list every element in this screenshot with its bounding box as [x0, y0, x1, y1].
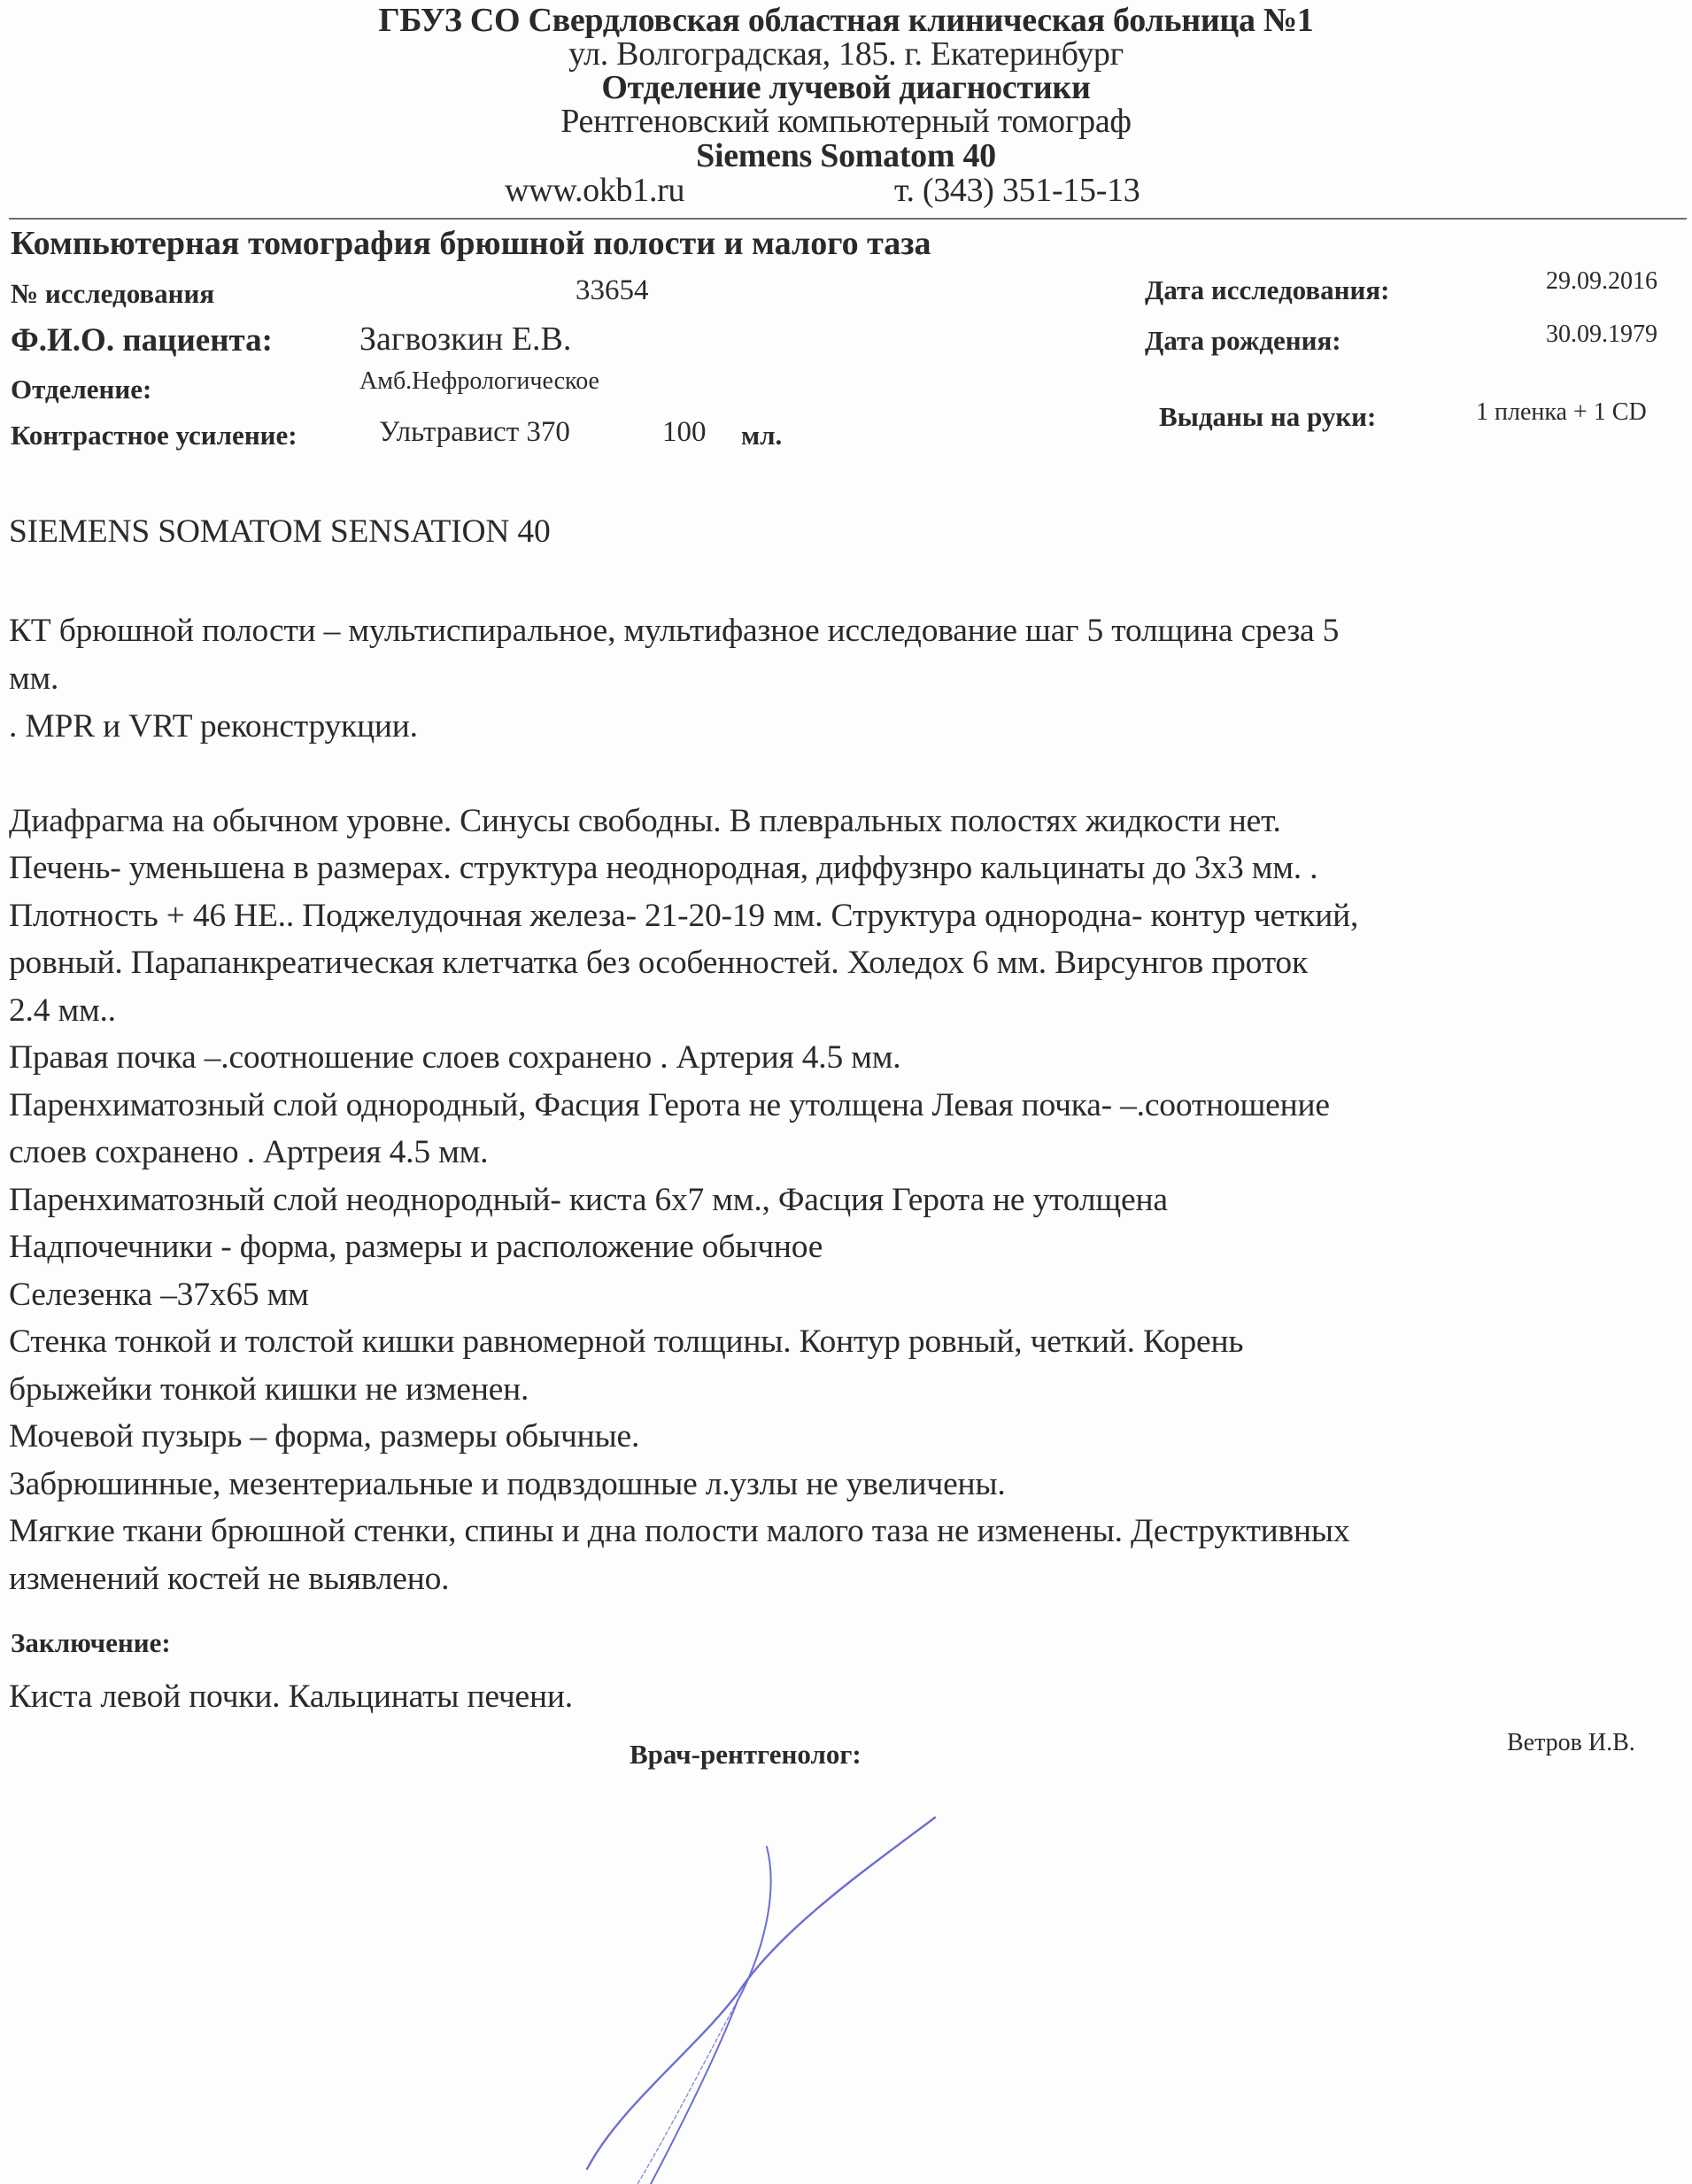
scanned-report-page: ГБУЗ СО Свердловская областная клиническ…: [0, 0, 1692, 2184]
handwritten-signature: [0, 0, 1692, 2184]
